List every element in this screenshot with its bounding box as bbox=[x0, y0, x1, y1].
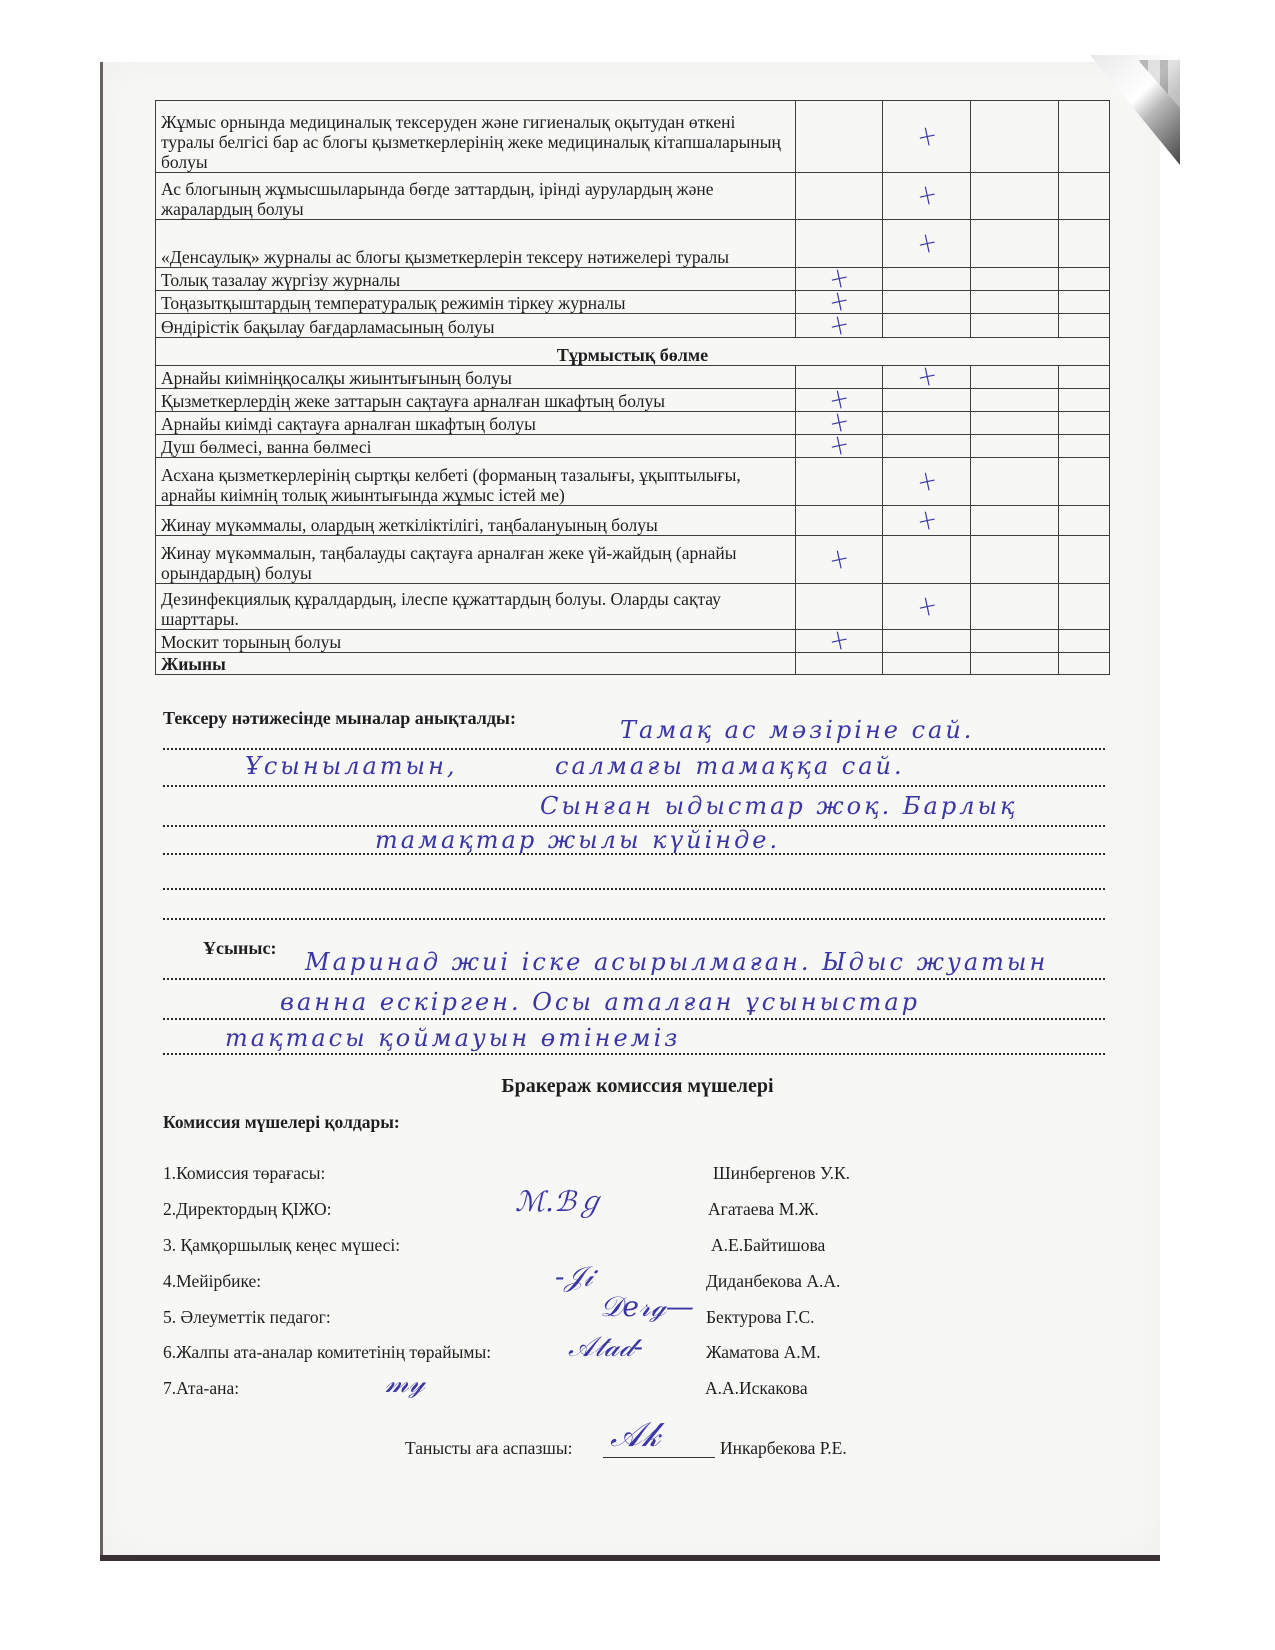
section-row: Тұрмыстық бөлме bbox=[156, 338, 1110, 366]
mark-cell bbox=[970, 314, 1058, 338]
recommendation-label: Ұсыныс: bbox=[203, 938, 276, 959]
dotted-line bbox=[163, 888, 1105, 890]
check-mark: + bbox=[914, 467, 939, 495]
table-row: Жинау мүкәммалы, олардың жеткіліктілігі,… bbox=[156, 506, 1110, 536]
dotted-line bbox=[163, 978, 1105, 980]
cook-role: Танысты аға аспазшы: bbox=[405, 1438, 572, 1458]
mark-cell: + bbox=[883, 101, 971, 173]
mark-cell bbox=[1058, 366, 1109, 389]
mark-cell bbox=[970, 101, 1058, 173]
member-name: Диданбекова А.А. bbox=[706, 1271, 840, 1292]
check-mark: + bbox=[914, 506, 939, 534]
mark-cell bbox=[795, 506, 883, 536]
mark-cell bbox=[795, 173, 883, 220]
member-name: Шинбергенов У.К. bbox=[713, 1163, 850, 1184]
checklist-table: Жұмыс орнында медициналық тексеруден жән… bbox=[155, 100, 1110, 675]
mark-cell bbox=[970, 173, 1058, 220]
criterion-text: Арнайы киімніңқосалқы жиынтығының болуы bbox=[156, 366, 796, 389]
member-role: 3. Қамқоршылық кеңес мүшесі: bbox=[163, 1235, 400, 1256]
check-mark: + bbox=[827, 626, 852, 654]
criterion-text: Өндірістік бақылау бағдарламасының болуы bbox=[156, 314, 796, 338]
check-mark: + bbox=[914, 122, 939, 150]
member-name: Агатаева М.Ж. bbox=[708, 1199, 819, 1220]
mark-cell bbox=[1058, 458, 1109, 506]
table-row: Жинау мүкәммалын, таңбалауды сақтауға ар… bbox=[156, 536, 1110, 584]
mark-cell bbox=[970, 630, 1058, 653]
mark-cell bbox=[970, 268, 1058, 291]
signature-mark: 𝓂𝓎 bbox=[385, 1366, 425, 1400]
mark-cell bbox=[795, 101, 883, 173]
criterion-text: Душ бөлмесі, ванна бөлмесі bbox=[156, 435, 796, 458]
table-row: Өндірістік бақылау бағдарламасының болуы… bbox=[156, 314, 1110, 338]
signatures-label: Комиссия мүшелері қолдары: bbox=[163, 1112, 400, 1133]
mark-cell: + bbox=[883, 220, 971, 268]
mark-cell bbox=[970, 291, 1058, 314]
criterion-text: Қызметкерлердің жеке заттарын сақтауға а… bbox=[156, 389, 796, 412]
handwritten-finding: Тамақ ас мәзіріне сай. bbox=[620, 716, 974, 744]
mark-cell: + bbox=[795, 630, 883, 653]
mark-cell bbox=[1058, 291, 1109, 314]
member-role: 7.Ата-ана: bbox=[163, 1378, 239, 1399]
member-role: 4.Мейірбике: bbox=[163, 1271, 261, 1292]
criterion-text: Толық тазалау жүргізу журналы bbox=[156, 268, 796, 291]
handwritten-recommendation: тақтасы қоймауын өтінеміз bbox=[225, 1024, 680, 1052]
mark-cell bbox=[883, 435, 971, 458]
table-row: Арнайы киімді сақтауға арналған шкафтың … bbox=[156, 412, 1110, 435]
mark-cell bbox=[1058, 268, 1109, 291]
table-row: Жұмыс орнында медициналық тексеруден жән… bbox=[156, 101, 1110, 173]
signature-mark: 𝒜𝓀 bbox=[610, 1415, 660, 1455]
mark-cell: + bbox=[883, 506, 971, 536]
mark-cell: + bbox=[795, 314, 883, 338]
mark-cell bbox=[1058, 220, 1109, 268]
table-row: Толық тазалау жүргізу журналы+ bbox=[156, 268, 1110, 291]
cook-name: Инкарбекова Р.Е. bbox=[720, 1438, 847, 1459]
criterion-text: Жинау мүкәммалы, олардың жеткіліктілігі,… bbox=[156, 506, 796, 536]
mark-cell bbox=[970, 435, 1058, 458]
paper-bottom-edge bbox=[100, 1555, 1160, 1561]
mark-cell bbox=[970, 536, 1058, 584]
handwritten-finding: салмағы тамаққа сай. bbox=[555, 752, 905, 780]
dotted-line bbox=[163, 1053, 1105, 1055]
mark-cell bbox=[1058, 630, 1109, 653]
member-name: Жаматова А.М. bbox=[706, 1342, 821, 1363]
criterion-text: Тоңазытқыштардың температуралық режимін … bbox=[156, 291, 796, 314]
dotted-line bbox=[163, 918, 1105, 920]
table-row: Арнайы киімніңқосалқы жиынтығының болуы+ bbox=[156, 366, 1110, 389]
criterion-text: Асхана қызметкерлерінің сыртқы келбеті (… bbox=[156, 458, 796, 506]
table-row: Тоңазытқыштардың температуралық режимін … bbox=[156, 291, 1110, 314]
mark-cell bbox=[883, 314, 971, 338]
table-row: Душ бөлмесі, ванна бөлмесі+ bbox=[156, 435, 1110, 458]
criterion-text: Москит торының болуы bbox=[156, 630, 796, 653]
criterion-text: Арнайы киімді сақтауға арналған шкафтың … bbox=[156, 412, 796, 435]
mark-cell bbox=[883, 268, 971, 291]
member-role: 1.Комиссия төрағасы: bbox=[163, 1163, 325, 1184]
member-role: 2.Директордың ҚІЖО: bbox=[163, 1199, 332, 1220]
dotted-line bbox=[163, 785, 1105, 787]
check-mark: + bbox=[914, 362, 939, 390]
mark-cell bbox=[970, 506, 1058, 536]
check-mark: + bbox=[914, 229, 939, 257]
mark-cell bbox=[883, 630, 971, 653]
mark-cell: + bbox=[795, 435, 883, 458]
check-mark: + bbox=[914, 181, 939, 209]
dotted-line bbox=[163, 1018, 1105, 1020]
cook-signoff: Танысты аға аспазшы: bbox=[405, 1438, 572, 1459]
mark-cell bbox=[970, 220, 1058, 268]
member-role: 5. Әлеуметтік педагог: bbox=[163, 1307, 331, 1328]
paper-edge bbox=[100, 62, 103, 1558]
mark-cell bbox=[883, 412, 971, 435]
signature-mark: 𝒟𝑒𝓇ℊ— bbox=[600, 1290, 694, 1324]
handwritten-finding: Ұсынылатын, bbox=[245, 752, 458, 780]
mark-cell bbox=[970, 389, 1058, 412]
total-row: Жиыны bbox=[156, 653, 1110, 675]
table-row: «Денсаулық» журналы ас блогы қызметкерле… bbox=[156, 220, 1110, 268]
criterion-text: «Денсаулық» журналы ас блогы қызметкерле… bbox=[156, 220, 796, 268]
handwritten-finding: тамақтар жылы күйінде. bbox=[375, 826, 780, 854]
mark-cell bbox=[1058, 584, 1109, 630]
member-name: А.А.Искакова bbox=[705, 1378, 808, 1399]
mark-cell: + bbox=[795, 536, 883, 584]
criterion-text: Ас блогының жұмысшыларында бөгде заттард… bbox=[156, 173, 796, 220]
member-name: Бектурова Г.С. bbox=[706, 1307, 815, 1328]
table-row: Дезинфекциялық құралдардың, ілеспе құжат… bbox=[156, 584, 1110, 630]
mark-cell bbox=[970, 653, 1058, 675]
mark-cell bbox=[970, 458, 1058, 506]
table-row: Асхана қызметкерлерінің сыртқы келбеті (… bbox=[156, 458, 1110, 506]
findings-label: Тексеру нәтижесінде мыналар анықталды: bbox=[163, 708, 516, 729]
mark-cell bbox=[1058, 653, 1109, 675]
mark-cell: + bbox=[883, 366, 971, 389]
mark-cell bbox=[1058, 314, 1109, 338]
signature-mark: ℳ.ℬℊ bbox=[515, 1180, 604, 1220]
table-row: Қызметкерлердің жеке заттарын сақтауға а… bbox=[156, 389, 1110, 412]
mark-cell bbox=[1058, 412, 1109, 435]
mark-cell bbox=[970, 412, 1058, 435]
mark-cell bbox=[970, 366, 1058, 389]
mark-cell: + bbox=[883, 173, 971, 220]
check-mark: + bbox=[914, 592, 939, 620]
check-mark: + bbox=[827, 545, 852, 573]
mark-cell bbox=[1058, 435, 1109, 458]
table-row: Москит торының болуы+ bbox=[156, 630, 1110, 653]
mark-cell bbox=[883, 291, 971, 314]
member-role: 6.Жалпы ата-аналар комитетінің төрайымы: bbox=[163, 1342, 491, 1363]
mark-cell: + bbox=[883, 458, 971, 506]
signature-mark: 𝒜𝓉𝒶𝒹- bbox=[568, 1330, 643, 1364]
mark-cell bbox=[1058, 173, 1109, 220]
signature-mark: -𝒥𝒾 bbox=[555, 1260, 593, 1294]
criterion-text: Жиыны bbox=[156, 653, 796, 675]
dotted-line bbox=[163, 748, 1105, 750]
mark-cell bbox=[795, 458, 883, 506]
handwritten-finding: Сынған ыдыстар жоқ. Барлық bbox=[540, 792, 1018, 820]
mark-cell bbox=[883, 653, 971, 675]
mark-cell bbox=[883, 536, 971, 584]
mark-cell bbox=[1058, 536, 1109, 584]
criterion-text: Дезинфекциялық құралдардың, ілеспе құжат… bbox=[156, 584, 796, 630]
criterion-text: Жинау мүкәммалын, таңбалауды сақтауға ар… bbox=[156, 536, 796, 584]
table-row: Ас блогының жұмысшыларында бөгде заттард… bbox=[156, 173, 1110, 220]
mark-cell bbox=[1058, 101, 1109, 173]
mark-cell bbox=[1058, 506, 1109, 536]
mark-cell bbox=[1058, 389, 1109, 412]
mark-cell bbox=[970, 584, 1058, 630]
section-title: Тұрмыстық бөлме bbox=[156, 338, 1110, 366]
handwritten-recommendation: Маринад жиі іске асырылмаған. Ыдыс жуаты… bbox=[305, 948, 1048, 976]
commission-heading: Бракераж комиссия мүшелері bbox=[0, 1075, 1275, 1098]
cook-signature-line bbox=[603, 1457, 715, 1458]
handwritten-recommendation: ванна ескірген. Осы аталған ұсыныстар bbox=[280, 988, 920, 1016]
mark-cell: + bbox=[883, 584, 971, 630]
criterion-text: Жұмыс орнында медициналық тексеруден жән… bbox=[156, 101, 796, 173]
member-name: А.Е.Байтишова bbox=[711, 1235, 825, 1256]
